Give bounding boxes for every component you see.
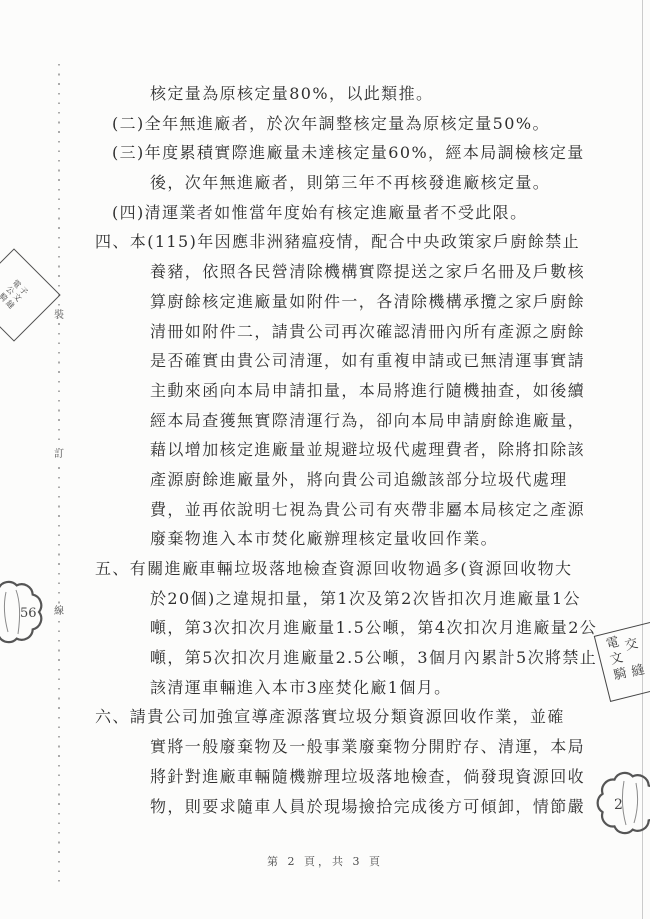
body-line: 該清運車輛進入本市3座焚化廠1個月。: [0, 673, 650, 703]
body-line: 六、請貴公司加強宣導產源落實垃圾分類資源回收作業，並確: [0, 702, 650, 732]
right-page-number-seal: 2: [588, 763, 650, 843]
body-line: (二)全年無進廠者，於次年調整核定量為原核定量50%。: [0, 109, 650, 139]
seal-number: 56: [20, 606, 37, 621]
body-line: 噸，第5次扣次月進廠量2.5公噸，3個月內累計5次將禁止: [0, 643, 650, 673]
body-line: 於20個)之違規扣量，第1次及第2次皆扣次月進廠量1公: [0, 584, 650, 614]
body-line: 實將一般廢棄物及一般事業廢棄物分開貯存、清運，本局: [0, 732, 650, 762]
body-line: 主動來函向本局申請扣量，本局將進行隨機抽查，如後續: [0, 376, 650, 406]
body-line: 核定量為原核定量80%，以此類推。: [0, 79, 650, 109]
body-line: 養豬，依照各民營清除機構實際提送之家戶名冊及戶數核: [0, 257, 650, 287]
body-line: (四)清運業者如惟當年度始有核定進廠量者不受此限。: [0, 198, 650, 228]
left-page-number-seal: 56: [0, 572, 52, 652]
body-line: 是否確實由貴公司清運，如有重複申請或已無清運事實請: [0, 346, 650, 376]
body-line: 將針對進廠車輛隨機辦理垃圾落地檢查，倘發現資源回收: [0, 762, 650, 792]
body-line: 藉以增加核定進廠量並規避垃圾代處理費者，除將扣除該: [0, 435, 650, 465]
body-line: 費，並再依說明七視為貴公司有夾帶非屬本局核定之產源: [0, 495, 650, 525]
body-line: 算廚餘核定進廠量如附件一，各清除機構承攬之家戶廚餘: [0, 287, 650, 317]
body-line: 清冊如附件二，請貴公司再次確認清冊內所有產源之廚餘: [0, 317, 650, 347]
body-line: 物，則要求隨車人員於現場撿拾完成後方可傾卸，情節嚴: [0, 792, 650, 822]
body-line: 廢棄物進入本市焚化廠辦理核定量收回作業。: [0, 524, 650, 554]
document-page: 裝 訂 線 核定量為原核定量80%，以此類推。 (二)全年無進廠者，於次年調整核…: [0, 0, 650, 919]
body-line: 噸，第3次扣次月進廠量1.5公噸，第4次扣次月進廠量2公: [0, 613, 650, 643]
body-line: 產源廚餘進廠量外，將向貴公司追繳該部分垃圾代處理: [0, 465, 650, 495]
page-number-footer: 第 2 頁，共 3 頁: [0, 853, 650, 869]
body-line: 四、本(115)年因應非洲豬瘟疫情，配合中央政策家戶廚餘禁止: [0, 227, 650, 257]
body-text: 核定量為原核定量80%，以此類推。 (二)全年無進廠者，於次年調整核定量為原核定…: [0, 79, 650, 821]
body-line: 經本局查獲無實際清運行為，卻向本局申請廚餘進廠量，: [0, 406, 650, 436]
body-line: (三)年度累積實際進廠量未達核定量60%，經本局調檢核定量: [0, 138, 650, 168]
body-line: 後，次年無進廠者，則第三年不再核發進廠核定量。: [0, 168, 650, 198]
body-line: 五、有關進廠車輛垃圾落地檢查資源回收物過多(資源回收物大: [0, 554, 650, 584]
seal-number: 2: [614, 797, 623, 813]
